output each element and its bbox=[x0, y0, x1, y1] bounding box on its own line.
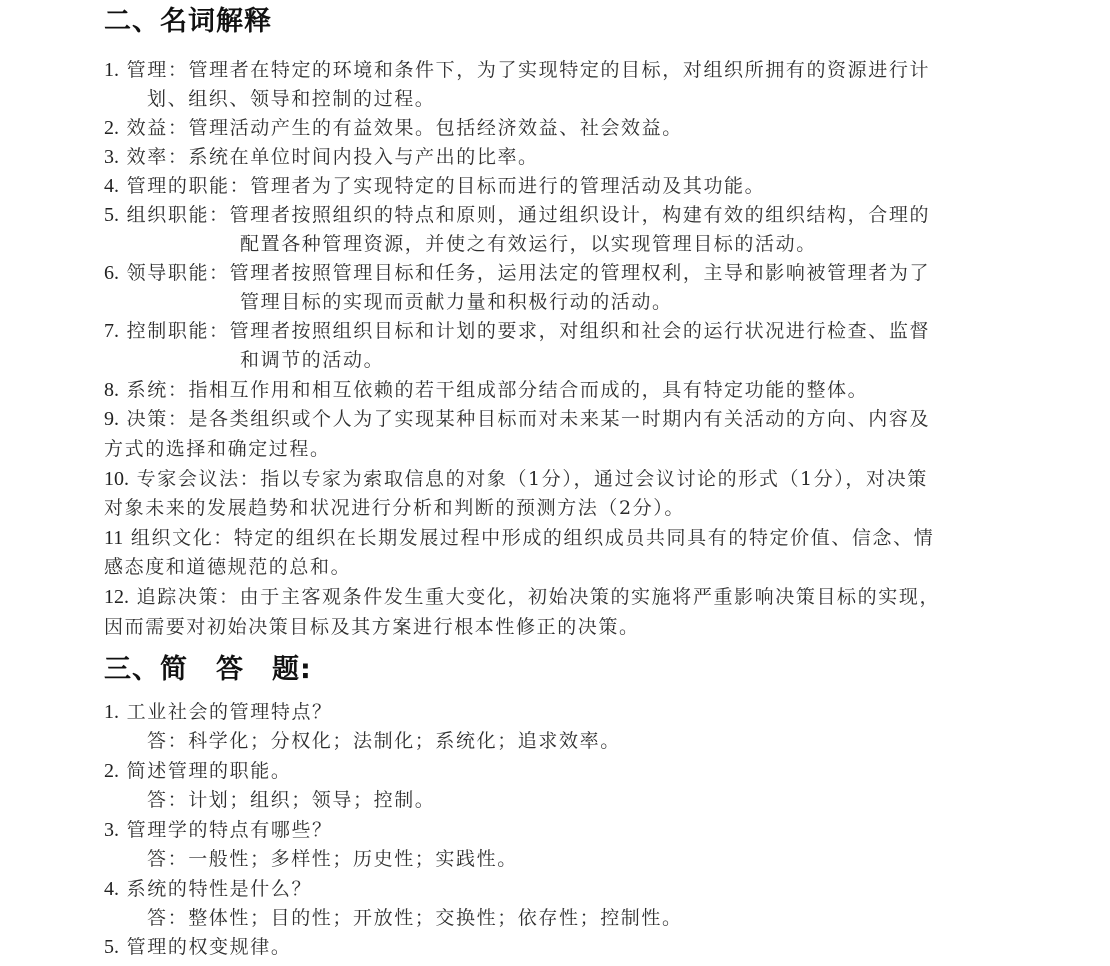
item-number: 1. bbox=[104, 701, 119, 723]
term-definition: 管理者按照组织的特点和原则，通过组织设计，构建有效的组织结构，合理的 bbox=[230, 204, 930, 226]
term-item-11-continuation: 感态度和道德规范的总和。 bbox=[104, 555, 351, 579]
item-number: 3. bbox=[104, 819, 119, 841]
term-item-1-continuation: 划、组织、领导和控制的过程。 bbox=[147, 87, 435, 111]
question-text: 系统的特性是什么？ bbox=[127, 878, 312, 900]
answer-1: 答：科学化；分权化；法制化；系统化；追求效率。 bbox=[147, 729, 621, 753]
section-heading-short-answer: 三、简 答 题: bbox=[104, 653, 312, 687]
term-definition: 是各类组织或个人为了实现某种目标而对未来某一时期内有关活动的方向、内容及 bbox=[188, 408, 930, 430]
term-definition: 管理者按照管理目标和任务，运用法定的管理权利，主导和影响被管理者为了 bbox=[230, 262, 930, 284]
term-item-8: 8. 系统：指相互作用和相互依赖的若干组成部分结合而成的，具有特定功能的整体。 bbox=[104, 378, 868, 402]
term-label: 管理： bbox=[127, 59, 189, 81]
answer-4: 答：整体性；目的性；开放性；交换性；依存性；控制性。 bbox=[147, 906, 683, 930]
term-item-9: 9. 决策：是各类组织或个人为了实现某种目标而对未来某一时期内有关活动的方向、内… bbox=[104, 407, 930, 431]
item-number: 12. bbox=[104, 586, 129, 608]
question-item-1: 1. 工业社会的管理特点？ bbox=[104, 700, 333, 724]
question-item-3: 3. 管理学的特点有哪些？ bbox=[104, 818, 333, 842]
item-number: 2. bbox=[104, 760, 119, 782]
item-number: 4. bbox=[104, 878, 119, 900]
question-item-2: 2. 简述管理的职能。 bbox=[104, 759, 291, 783]
term-item-1: 1. 管理：管理者在特定的环境和条件下，为了实现特定的目标，对组织所拥有的资源进… bbox=[104, 58, 930, 82]
term-item-7: 7. 控制职能：管理者按照组织目标和计划的要求，对组织和社会的运行状况进行检查、… bbox=[104, 319, 930, 343]
term-label: 系统： bbox=[127, 379, 189, 401]
term-definition: 管理者在特定的环境和条件下，为了实现特定的目标，对组织所拥有的资源进行计 bbox=[188, 59, 930, 81]
question-text: 工业社会的管理特点？ bbox=[127, 701, 333, 723]
term-definition: 管理者按照组织目标和计划的要求，对组织和社会的运行状况进行检查、监督 bbox=[230, 320, 930, 342]
term-label: 效率： bbox=[127, 146, 189, 168]
term-item-6: 6. 领导职能：管理者按照管理目标和任务，运用法定的管理权利，主导和影响被管理者… bbox=[104, 261, 930, 285]
term-label: 专家会议法： bbox=[137, 468, 261, 490]
term-definition: 指以专家为索取信息的对象（1分），通过会议讨论的形式（1分），对决策 bbox=[260, 468, 928, 490]
term-item-2: 2. 效益：管理活动产生的有益效果。包括经济效益、社会效益。 bbox=[104, 116, 683, 140]
document-page: 二、名词解释 1. 管理：管理者在特定的环境和条件下，为了实现特定的目标，对组织… bbox=[0, 0, 1110, 966]
item-number: 5. bbox=[104, 936, 119, 958]
term-label: 控制职能： bbox=[127, 320, 230, 342]
term-item-4: 4. 管理的职能：管理者为了实现特定的目标而进行的管理活动及其功能。 bbox=[104, 174, 765, 198]
term-definition: 特定的组织在长期发展过程中形成的组织成员共同具有的特定价值、信念、情 bbox=[234, 527, 934, 549]
term-label: 追踪决策： bbox=[137, 586, 240, 608]
term-label: 决策： bbox=[127, 408, 189, 430]
term-label: 组织文化： bbox=[131, 527, 234, 549]
question-item-5: 5. 管理的权变规律。 bbox=[104, 935, 291, 959]
item-number: 11 bbox=[104, 527, 123, 549]
term-definition: 指相互作用和相互依赖的若干组成部分结合而成的，具有特定功能的整体。 bbox=[188, 379, 868, 401]
answer-3: 答：一般性；多样性；历史性；实践性。 bbox=[147, 847, 518, 871]
item-number: 10. bbox=[104, 468, 129, 490]
term-label: 领导职能： bbox=[127, 262, 230, 284]
term-definition: 管理活动产生的有益效果。包括经济效益、社会效益。 bbox=[188, 117, 682, 139]
item-number: 9. bbox=[104, 408, 119, 430]
question-text: 简述管理的职能。 bbox=[127, 760, 292, 782]
term-item-10: 10. 专家会议法：指以专家为索取信息的对象（1分），通过会议讨论的形式（1分）… bbox=[104, 467, 928, 491]
term-label: 组织职能： bbox=[127, 204, 230, 226]
term-item-12-continuation: 因而需要对初始决策目标及其方案进行根本性修正的决策。 bbox=[104, 615, 640, 639]
item-number: 7. bbox=[104, 320, 119, 342]
item-number: 6. bbox=[104, 262, 119, 284]
section-heading-terms: 二、名词解释 bbox=[104, 5, 272, 39]
term-item-3: 3. 效率：系统在单位时间内投入与产出的比率。 bbox=[104, 145, 539, 169]
item-number: 1. bbox=[104, 59, 119, 81]
term-definition: 由于主客观条件发生重大变化，初始决策的实施将严重影响决策目标的实现， bbox=[240, 586, 940, 608]
term-label: 管理的职能： bbox=[127, 175, 251, 197]
term-item-12: 12. 追踪决策：由于主客观条件发生重大变化，初始决策的实施将严重影响决策目标的… bbox=[104, 585, 940, 609]
term-item-11: 11 组织文化：特定的组织在长期发展过程中形成的组织成员共同具有的特定价值、信念… bbox=[104, 526, 934, 550]
term-definition: 管理者为了实现特定的目标而进行的管理活动及其功能。 bbox=[250, 175, 765, 197]
term-label: 效益： bbox=[127, 117, 189, 139]
item-number: 2. bbox=[104, 117, 119, 139]
term-definition: 系统在单位时间内投入与产出的比率。 bbox=[188, 146, 538, 168]
answer-2: 答：计划；组织；领导；控制。 bbox=[147, 788, 435, 812]
term-item-10-continuation: 对象未来的发展趋势和状况进行分析和判断的预测方法（2分）。 bbox=[104, 496, 685, 520]
term-item-6-continuation: 管理目标的实现而贡献力量和积极行动的活动。 bbox=[240, 290, 673, 314]
item-number: 5. bbox=[104, 204, 119, 226]
item-number: 4. bbox=[104, 175, 119, 197]
term-item-5: 5. 组织职能：管理者按照组织的特点和原则，通过组织设计，构建有效的组织结构，合… bbox=[104, 203, 930, 227]
term-item-5-continuation: 配置各种管理资源，并使之有效运行，以实现管理目标的活动。 bbox=[240, 232, 817, 256]
question-item-4: 4. 系统的特性是什么？ bbox=[104, 877, 312, 901]
question-text: 管理学的特点有哪些？ bbox=[127, 819, 333, 841]
question-text: 管理的权变规律。 bbox=[127, 936, 292, 958]
term-item-7-continuation: 和调节的活动。 bbox=[240, 348, 384, 372]
item-number: 8. bbox=[104, 379, 119, 401]
item-number: 3. bbox=[104, 146, 119, 168]
term-item-9-continuation: 方式的选择和确定过程。 bbox=[104, 437, 331, 461]
